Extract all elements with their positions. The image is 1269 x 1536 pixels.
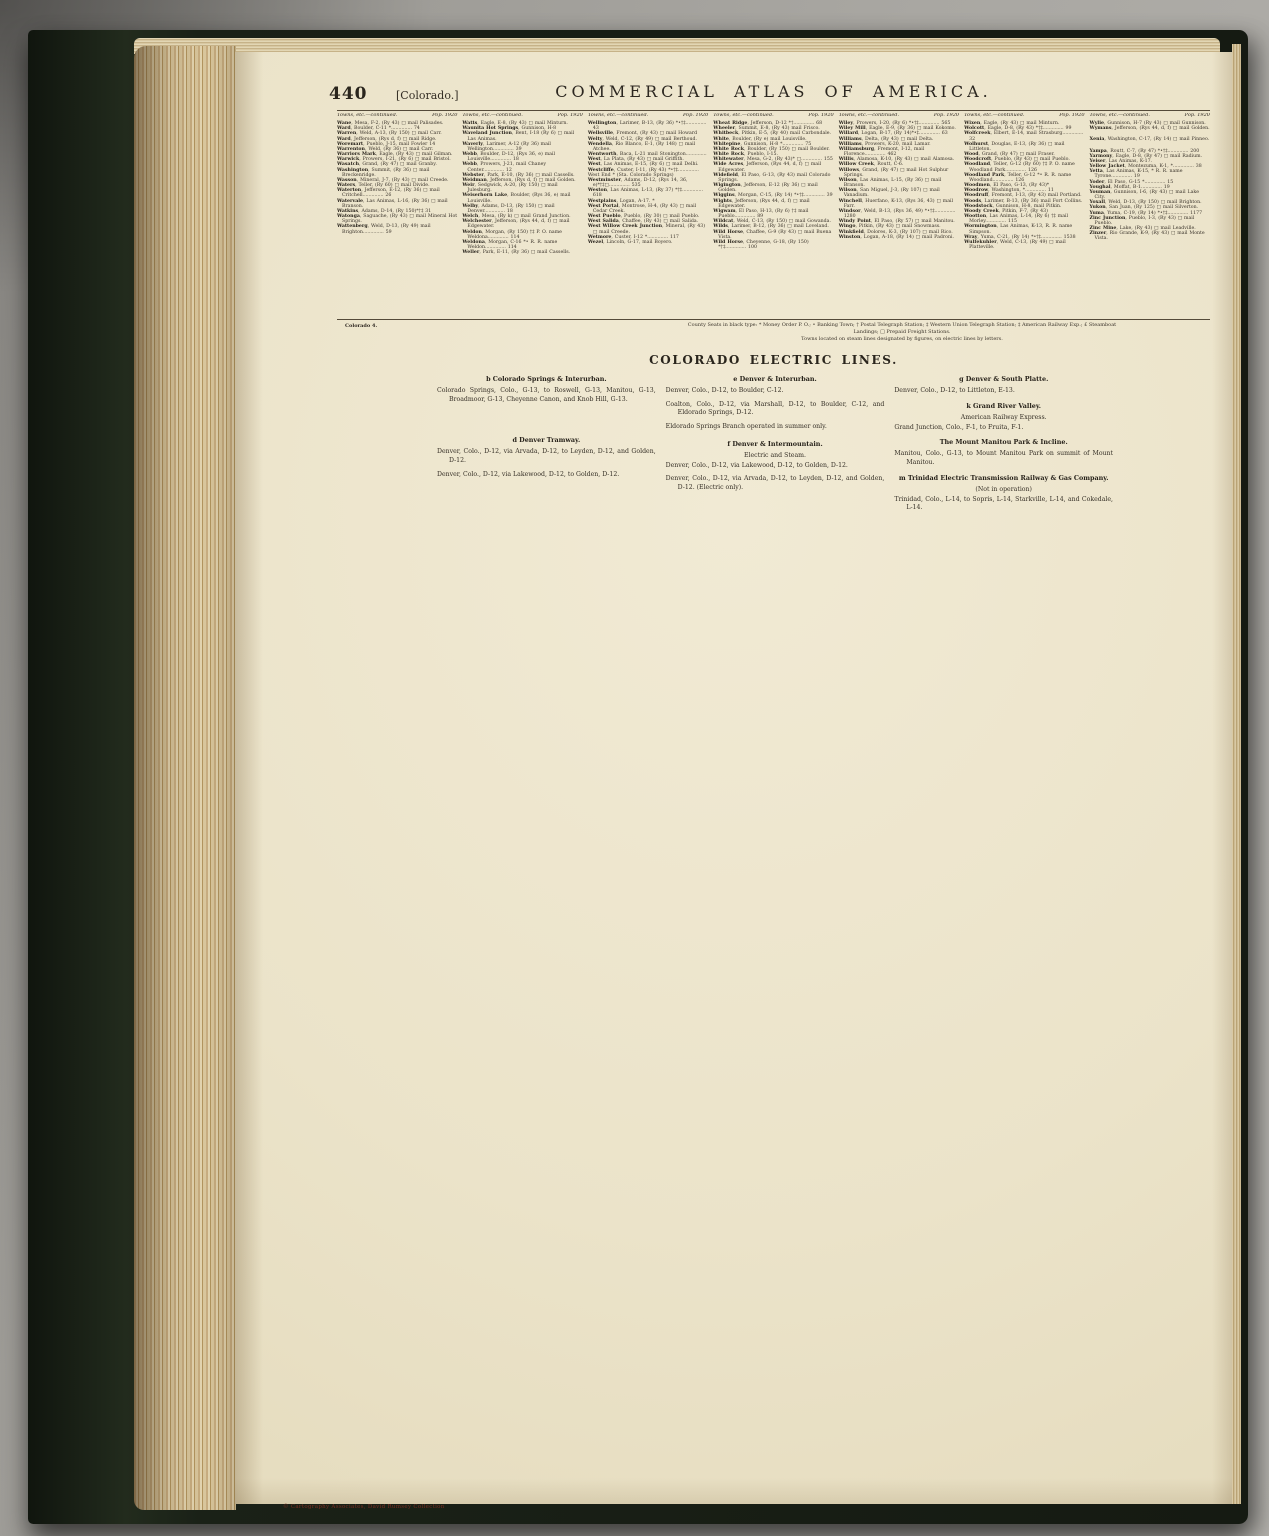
electric-lines-column: e Denver & Interurban.Denver, Colo., D-1… [666,375,885,519]
town-name: Wights [713,199,731,204]
town-name: Wattenberg [337,224,368,229]
town-name: Winchell [839,199,862,204]
town-name: Weiserhorn Lake [462,193,507,198]
town-name: Weller [462,250,479,255]
town-entry: Wild Horse, Chaffee, G-9 (Ry 43) □ mail … [713,230,833,240]
town-entry: Yetta, Las Animas, K-15, * R. R. name Ty… [1090,169,1210,179]
electric-lines-column: g Denver & South Platte.Denver, Colo., D… [894,375,1113,519]
towns-column: Towns, etc.—continued.Pop. 1920Wiley, Pr… [839,113,959,317]
column-header: Towns, etc.—continued.Pop. 1920 [588,113,708,119]
town-name: West Portal [588,204,619,209]
town-name: Zinzer [1090,231,1107,236]
town-name: Waveland Junction [462,131,512,136]
column-header-right: Pop. 1920 [934,113,959,119]
town-entry: Wild Horse, Cheyenne, G-18, (Ry 150) *†‡… [713,240,833,250]
town-entry: Winchell, Huerfano, K-13, (Rys 36, 43) □… [839,199,959,209]
town-entry: Waverly, Larimer, A-12 (Ry 36) mail Well… [462,142,582,152]
town-entry: Watonga, Saguache, (Ry 43) □ mail Minera… [337,214,457,224]
column-header-left: Towns, etc.—continued. [964,113,1024,119]
town-name: Wezel [588,240,603,245]
town-entry: Wilson, San Miguel, J-3, (Ry 107) □ mail… [839,188,959,198]
town-entry: Waterton, Jefferson, E-12, (Ry 36) □ mai… [337,188,457,198]
town-name: Wendella [588,142,612,147]
town-entry: Xenia, Washington, C-17, (Ry 14) □ mail … [1090,137,1210,142]
line-route: Denver, Colo., D-12, to Boulder, C-12. [666,387,885,396]
town-entry: Wellsville, Fremont, (Ry 43) □ mail Howa… [588,131,708,136]
column-header-left: Towns, etc.—continued. [839,113,899,119]
town-entry: Webb, Prowers, J-21, mail Chaney Center.… [462,162,582,172]
line-subheading: (Not in operation) [894,486,1113,493]
town-name: Wulfekuhler [964,240,997,245]
line-route: Manitou, Colo., G-13, to Mount Manitou P… [894,450,1113,467]
column-header: Towns, etc.—continued.Pop. 1920 [1090,113,1210,119]
town-entry: Welby, Adams, D-13, (Ry 150) □ mail Denv… [462,204,582,214]
legend-line-1: County Seats in black type: * Money Orde… [677,322,1127,336]
town-name: Watervale [337,199,363,204]
town-entry: Webb, Boulder, D-12, (Rys 36, e) mail Lo… [462,152,582,162]
town-entry: Wolfcreek, Elbert, E-14, mail Strasburg.… [964,131,1084,141]
town-entry: Weir, Sedgwick, A-20, (Ry 150) □ mail Ju… [462,183,582,193]
town-name: Wellington [588,121,617,126]
column-header: Towns, etc.—continued.Pop. 1920 [337,113,457,119]
electric-line-block: f Denver & Intermountain.Electric and St… [666,440,885,493]
page-edges-right [1232,44,1241,1504]
town-entry: Wootton, Las Animas, L-14, (Ry 6) †‡ mai… [964,214,1084,224]
towns-column: Towns, etc.—continued.Pop. 1920Wane, Mes… [337,113,457,317]
town-name: Wolfcreek [964,131,990,136]
town-name: Windsor [839,209,861,214]
town-name: Zinc Junction [1090,216,1126,221]
town-name: Wolhurst [964,142,988,147]
town-name: Welby [462,204,478,209]
town-entry: Wulfekuhler, Weld, C-13, (Ry 49) □ mail … [964,240,1084,250]
column-header-right: Pop. 1920 [1059,113,1084,119]
line-subheading: American Railway Express. [894,414,1113,421]
town-name: Willows [839,168,859,173]
line-company-heading: f Denver & Intermountain. [666,440,885,448]
town-name: Wilson [839,178,857,183]
electric-line-block: The Mount Manitou Park & Incline.Manitou… [894,438,1113,467]
column-header-right: Pop. 1920 [683,113,708,119]
electric-line-block: d Denver Tramway.Denver, Colo., D-12, vi… [437,436,656,479]
town-name: Westminster [588,178,621,183]
town-entry: Winston, Logan, A-18, (Ry 14) □ mail Pad… [839,235,959,240]
town-entry: Zinc Junction, Pueblo, I-3, (Ry 43) □ ma… [1090,216,1210,226]
towns-column: Towns, etc.—continued.Pop. 1920Wellingto… [588,113,708,317]
town-name: Woodland Park [964,173,1004,178]
line-subheading: Electric and Steam. [666,452,885,459]
atlas-page: 440 [Colorado.] COMMERCIAL ATLAS OF AMER… [235,52,1232,1504]
line-company-heading: k Grand River Valley. [894,402,1113,410]
line-company-heading: d Denver Tramway. [437,436,656,444]
town-entry: Woodland Park, Teller, G-12 *• R. R. nam… [964,173,1084,183]
town-name: Webb [462,162,476,167]
scanned-book-photo: 440 [Colorado.] COMMERCIAL ATLAS OF AMER… [0,0,1269,1536]
towns-column: Towns, etc.—continued.Pop. 1920Wylie, Gu… [1090,113,1210,317]
line-route: Denver, Colo., D-12, via Arvada, D-12, t… [437,448,656,465]
town-name: Waterton [337,188,361,193]
town-entry: Wormington, Las Animas, K-13, R. R. name… [964,224,1084,234]
town-entry: Willows, Grand, (Ry 47) □ mail Hot Sulph… [839,168,959,178]
town-name: Wootton [964,214,986,219]
town-entry: Wights, Jefferson, (Rys 44, d, f) □ mail… [713,199,833,209]
town-name: Watonga [337,214,360,219]
electric-line-block: b Colorado Springs & Interurban.Colorado… [437,375,656,404]
column-header-right: Pop. 1920 [808,113,833,119]
town-name: Wild Horse [713,230,743,235]
collection-credit: © Cartography Associates, David Rumsey C… [283,1504,445,1510]
town-entry: Weiserhorn Lake, Boulder, (Rys 36, e) ma… [462,193,582,203]
column-header-right: Pop. 1920 [432,113,457,119]
town-name: Woodland [964,162,990,167]
town-entry: Wigwam, El Paso, H-13, (Ry 6) †‡ mail Pu… [713,209,833,219]
town-name: Wide Acres [713,162,743,167]
electric-line-block: k Grand River Valley.American Railway Ex… [894,402,1113,433]
town-entry: Woodland, Teller, G-12 (Ry 60) †‡ P. O. … [964,162,1084,172]
town-entry: Wattenberg, Weld, D-13, (Ry 49) mail Bri… [337,224,457,234]
town-name: Xenia [1090,137,1105,142]
line-route: Denver, Colo., D-12, via Arvada, D-12, t… [666,475,885,492]
column-header-left: Towns, etc.—continued. [337,113,397,119]
town-name: Waverly [462,142,483,147]
column-header-right: Pop. 1920 [558,113,583,119]
town-entry: Whitbeck, Pitkin, E-5, (Ry 40) mail Carb… [713,131,833,136]
column-header-left: Towns, etc.—continued. [1090,113,1150,119]
towns-column: Towns, etc.—continued.Pop. 1920Wheat Rid… [713,113,833,317]
town-name: Weldona [462,240,485,245]
town-name: Williamsburg [839,147,874,152]
line-route: Denver, Colo., D-12, via Lakewood, D-12,… [437,471,656,480]
town-entry: Wigington, Jefferson, E-12 (Ry 36) □ mai… [713,183,833,193]
town-entry: West Willow Creek Junction, Mineral, (Ry… [588,224,708,234]
towns-column: Towns, etc.—continued.Pop. 1920Watts, Ea… [462,113,582,317]
town-name: Widefield [713,173,738,178]
towns-table: Towns, etc.—continued.Pop. 1920Wane, Mes… [337,113,1210,317]
town-entry: Widefield, El Paso, G-13, (Ry 43) mail C… [713,173,833,183]
column-header-left: Towns, etc.—continued. [462,113,522,119]
town-name: Wormington [964,224,997,229]
town-entry: Wezel, Lincoln, G-17, mail Boyero. [588,240,708,245]
town-entry: Williamsburg, Fremont, I-12, mail Floren… [839,147,959,157]
line-route: Colorado Springs, Colo., G-13, to Roswel… [437,387,656,404]
town-name: Wigwam [713,209,735,214]
column-header: Towns, etc.—continued.Pop. 1920 [713,113,833,119]
column-header-left: Towns, etc.—continued. [713,113,773,119]
table-bottom-rule [337,319,1210,320]
electric-line-block: g Denver & South Platte.Denver, Colo., D… [894,375,1113,396]
table-top-rule [337,110,1210,111]
town-name: Wigington [713,183,740,188]
column-header-right: Pop. 1920 [1185,113,1210,119]
town-entry: Wellington, Larimer, B-13, (Ry 36) *•†‡.… [588,121,708,131]
town-entry: Welchester, Jefferson, (Rys 44, d, f) □ … [462,219,582,229]
line-route: Coalton, Colo., D-12, via Marshall, D-12… [666,401,885,418]
town-name: Webb [462,152,476,157]
town-name: Welchester [462,219,491,224]
town-entry: Woodruff, Fremont, I-13, (Ry 43) mail Po… [964,193,1084,198]
town-name: Wymans [1090,126,1112,131]
column-header: Towns, etc.—continued.Pop. 1920 [462,113,582,119]
town-entry: Westcliffe, Custer, I-11, (Ry 43) *•†‡..… [588,168,708,173]
town-entry: Westminster, Adams, D-12, (Rys 14, 36, e… [588,178,708,188]
town-name: Weston [588,188,607,193]
town-entry: Windsor, Weld, B-13, (Rys 36, 49) *•†‡..… [839,209,959,219]
electric-lines-title: COLORADO ELECTRIC LINES. [337,353,1210,367]
town-entry: West Portal, Montrose, H-4, (Ry 43) □ ma… [588,204,708,214]
town-name: Weir [462,183,474,188]
town-name: Yetta [1090,169,1103,174]
town-entry: Waveland Junction, Bent, I-18 (Ry 6) □ m… [462,131,582,141]
town-entry: Weldona, Morgan, C-16 *• R. R. name Weld… [462,240,582,250]
page-edges-left [134,46,236,1510]
line-company-heading: The Mount Manitou Park & Incline. [894,438,1113,446]
town-name: Washington [337,168,368,173]
footnotes: Colorado 4. County Seats in black type: … [337,322,1210,344]
line-route: Denver, Colo., D-12, via Lakewood, D-12,… [666,462,885,471]
town-entry: Watervale, Las Animas, L-16, (Ry 36) □ m… [337,199,457,209]
line-company-heading: e Denver & Interurban. [666,375,885,383]
town-name: West Willow Creek Junction [588,224,662,229]
town-entry: Wide Acres, Jefferson, (Rys 44, d, f) □ … [713,162,833,172]
town-entry: Wilson, Las Animas, L-15, (Ry 36) □ mail… [839,178,959,188]
town-name: Westcliffe [588,168,614,173]
column-header: Towns, etc.—continued.Pop. 1920 [839,113,959,119]
town-entry: Warren, Weld, A-13, (Ry 150) □ mail Carr… [337,131,457,136]
line-route: Trinidad, Colo., L-14, to Sopris, L-14, … [894,496,1113,513]
electric-lines-columns: b Colorado Springs & Interurban.Colorado… [437,375,1113,519]
town-entry: Zinzer, Rio Grande, K-9, (Ry 43) □ mail … [1090,231,1210,241]
electric-line-block: e Denver & Interurban.Denver, Colo., D-1… [666,375,885,432]
line-route: Eldorado Springs Branch operated in summ… [666,423,885,432]
town-name: Winston [839,235,861,240]
town-entry: Weller, Park, E-11, (Ry 36) □ mail Casse… [462,250,582,255]
town-entry: Youman, Gunnison, I-6, (Ry 43) □ mail La… [1090,190,1210,200]
electric-lines-column: b Colorado Springs & Interurban.Colorado… [437,375,656,519]
legend-line-2: Towns located on steam lines designated … [677,336,1127,343]
town-name: Weldon [462,230,481,235]
line-company-heading: g Denver & South Platte. [894,375,1113,383]
line-company-heading: m Trinidad Electric Transmission Railway… [894,474,1113,482]
towns-column: Towns, etc.—continued.Pop. 1920Wixen, Ea… [964,113,1084,317]
line-route: Grand Junction, Colo., F-1, to Fruita, F… [894,424,1113,433]
town-entry: Wymans, Jefferson, (Rys 44, d, f) □ mail… [1090,126,1210,131]
town-entry: Weston, Las Animas, L-13, (Ry 37) *†‡...… [588,188,708,198]
column-header: Towns, etc.—continued.Pop. 1920 [964,113,1084,119]
town-name: Youman [1090,190,1111,195]
town-entry: Washington, Summit, (Ry 36) □ mail Breck… [337,168,457,178]
town-entry: Wendella, Rio Blanco, E-1, (Ry 148) □ ma… [588,142,708,152]
town-entry: Weldon, Morgan, (Ry 150) †‡ P. O. name W… [462,230,582,240]
line-company-heading: b Colorado Springs & Interurban. [437,375,656,383]
town-name: Wild Horse [713,240,743,245]
column-header-left: Towns, etc.—continued. [588,113,648,119]
town-entry: Wolhurst, Douglas, E-13, (Ry 36) □ mail … [964,142,1084,152]
legend-note: County Seats in black type: * Money Orde… [677,322,1127,342]
page-title: COMMERCIAL ATLAS OF AMERICA. [337,82,1210,101]
line-route: Denver, Colo., D-12, to Littleton, E-13. [894,387,1113,396]
town-name: Wilson [839,188,857,193]
electric-line-block: m Trinidad Electric Transmission Railway… [894,474,1113,513]
town-entry: Yukon, San Juan, (Ry 125) □ mail Silvert… [1090,205,1210,210]
plate-label: Colorado 4. [345,323,377,329]
